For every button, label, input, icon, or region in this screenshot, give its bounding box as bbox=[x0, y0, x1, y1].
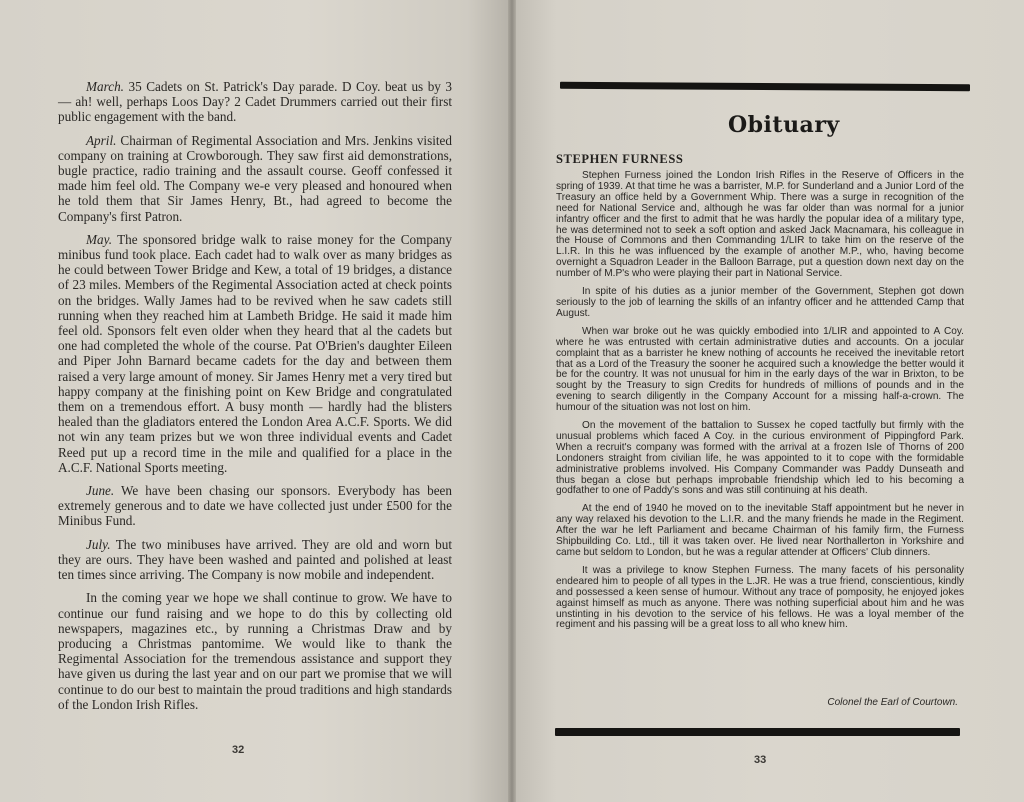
obituary-paragraph: Stephen Furness joined the London Irish … bbox=[556, 171, 964, 280]
obituary-paragraph: In spite of his duties as a junior membe… bbox=[556, 287, 964, 320]
book-gutter bbox=[508, 0, 516, 802]
obituary-heading: Obituary bbox=[728, 112, 840, 138]
obituary-paragraph: It was a privilege to know Stephen Furne… bbox=[556, 566, 964, 631]
paragraph-may: May. The sponsored bridge walk to raise … bbox=[58, 232, 452, 475]
left-page-body: March. 35 Cadets on St. Patrick's Day pa… bbox=[58, 79, 452, 720]
page-number-right: 33 bbox=[754, 754, 766, 766]
paragraph-july: July. The two minibuses have arrived. Th… bbox=[58, 537, 452, 583]
left-page: March. 35 Cadets on St. Patrick's Day pa… bbox=[0, 0, 508, 802]
obituary-paragraph: At the end of 1940 he moved on to the in… bbox=[556, 504, 964, 559]
paragraph-march: March. 35 Cadets on St. Patrick's Day pa… bbox=[58, 79, 452, 125]
bottom-rule-divider bbox=[555, 728, 960, 736]
month-label: March. bbox=[86, 79, 124, 94]
page-number-left: 32 bbox=[232, 744, 244, 756]
paragraph-april: April. Chairman of Regimental Associatio… bbox=[58, 133, 452, 224]
paragraph-closing: In the coming year we hope we shall cont… bbox=[58, 590, 452, 712]
month-label: June. bbox=[86, 483, 114, 498]
obituary-paragraph: On the movement of the battalion to Suss… bbox=[556, 421, 964, 497]
obituary-signature: Colonel the Earl of Courtown. bbox=[827, 697, 958, 708]
paragraph-june: June. We have been chasing our sponsors.… bbox=[58, 483, 452, 529]
obituary-subject-name: STEPHEN FURNESS bbox=[556, 152, 683, 167]
obituary-body: Stephen Furness joined the London Irish … bbox=[556, 171, 964, 638]
month-label: July. bbox=[86, 537, 111, 552]
month-label: May. bbox=[86, 232, 112, 247]
month-label: April. bbox=[86, 133, 116, 148]
obituary-paragraph: When war broke out he was quickly embodi… bbox=[556, 327, 964, 414]
